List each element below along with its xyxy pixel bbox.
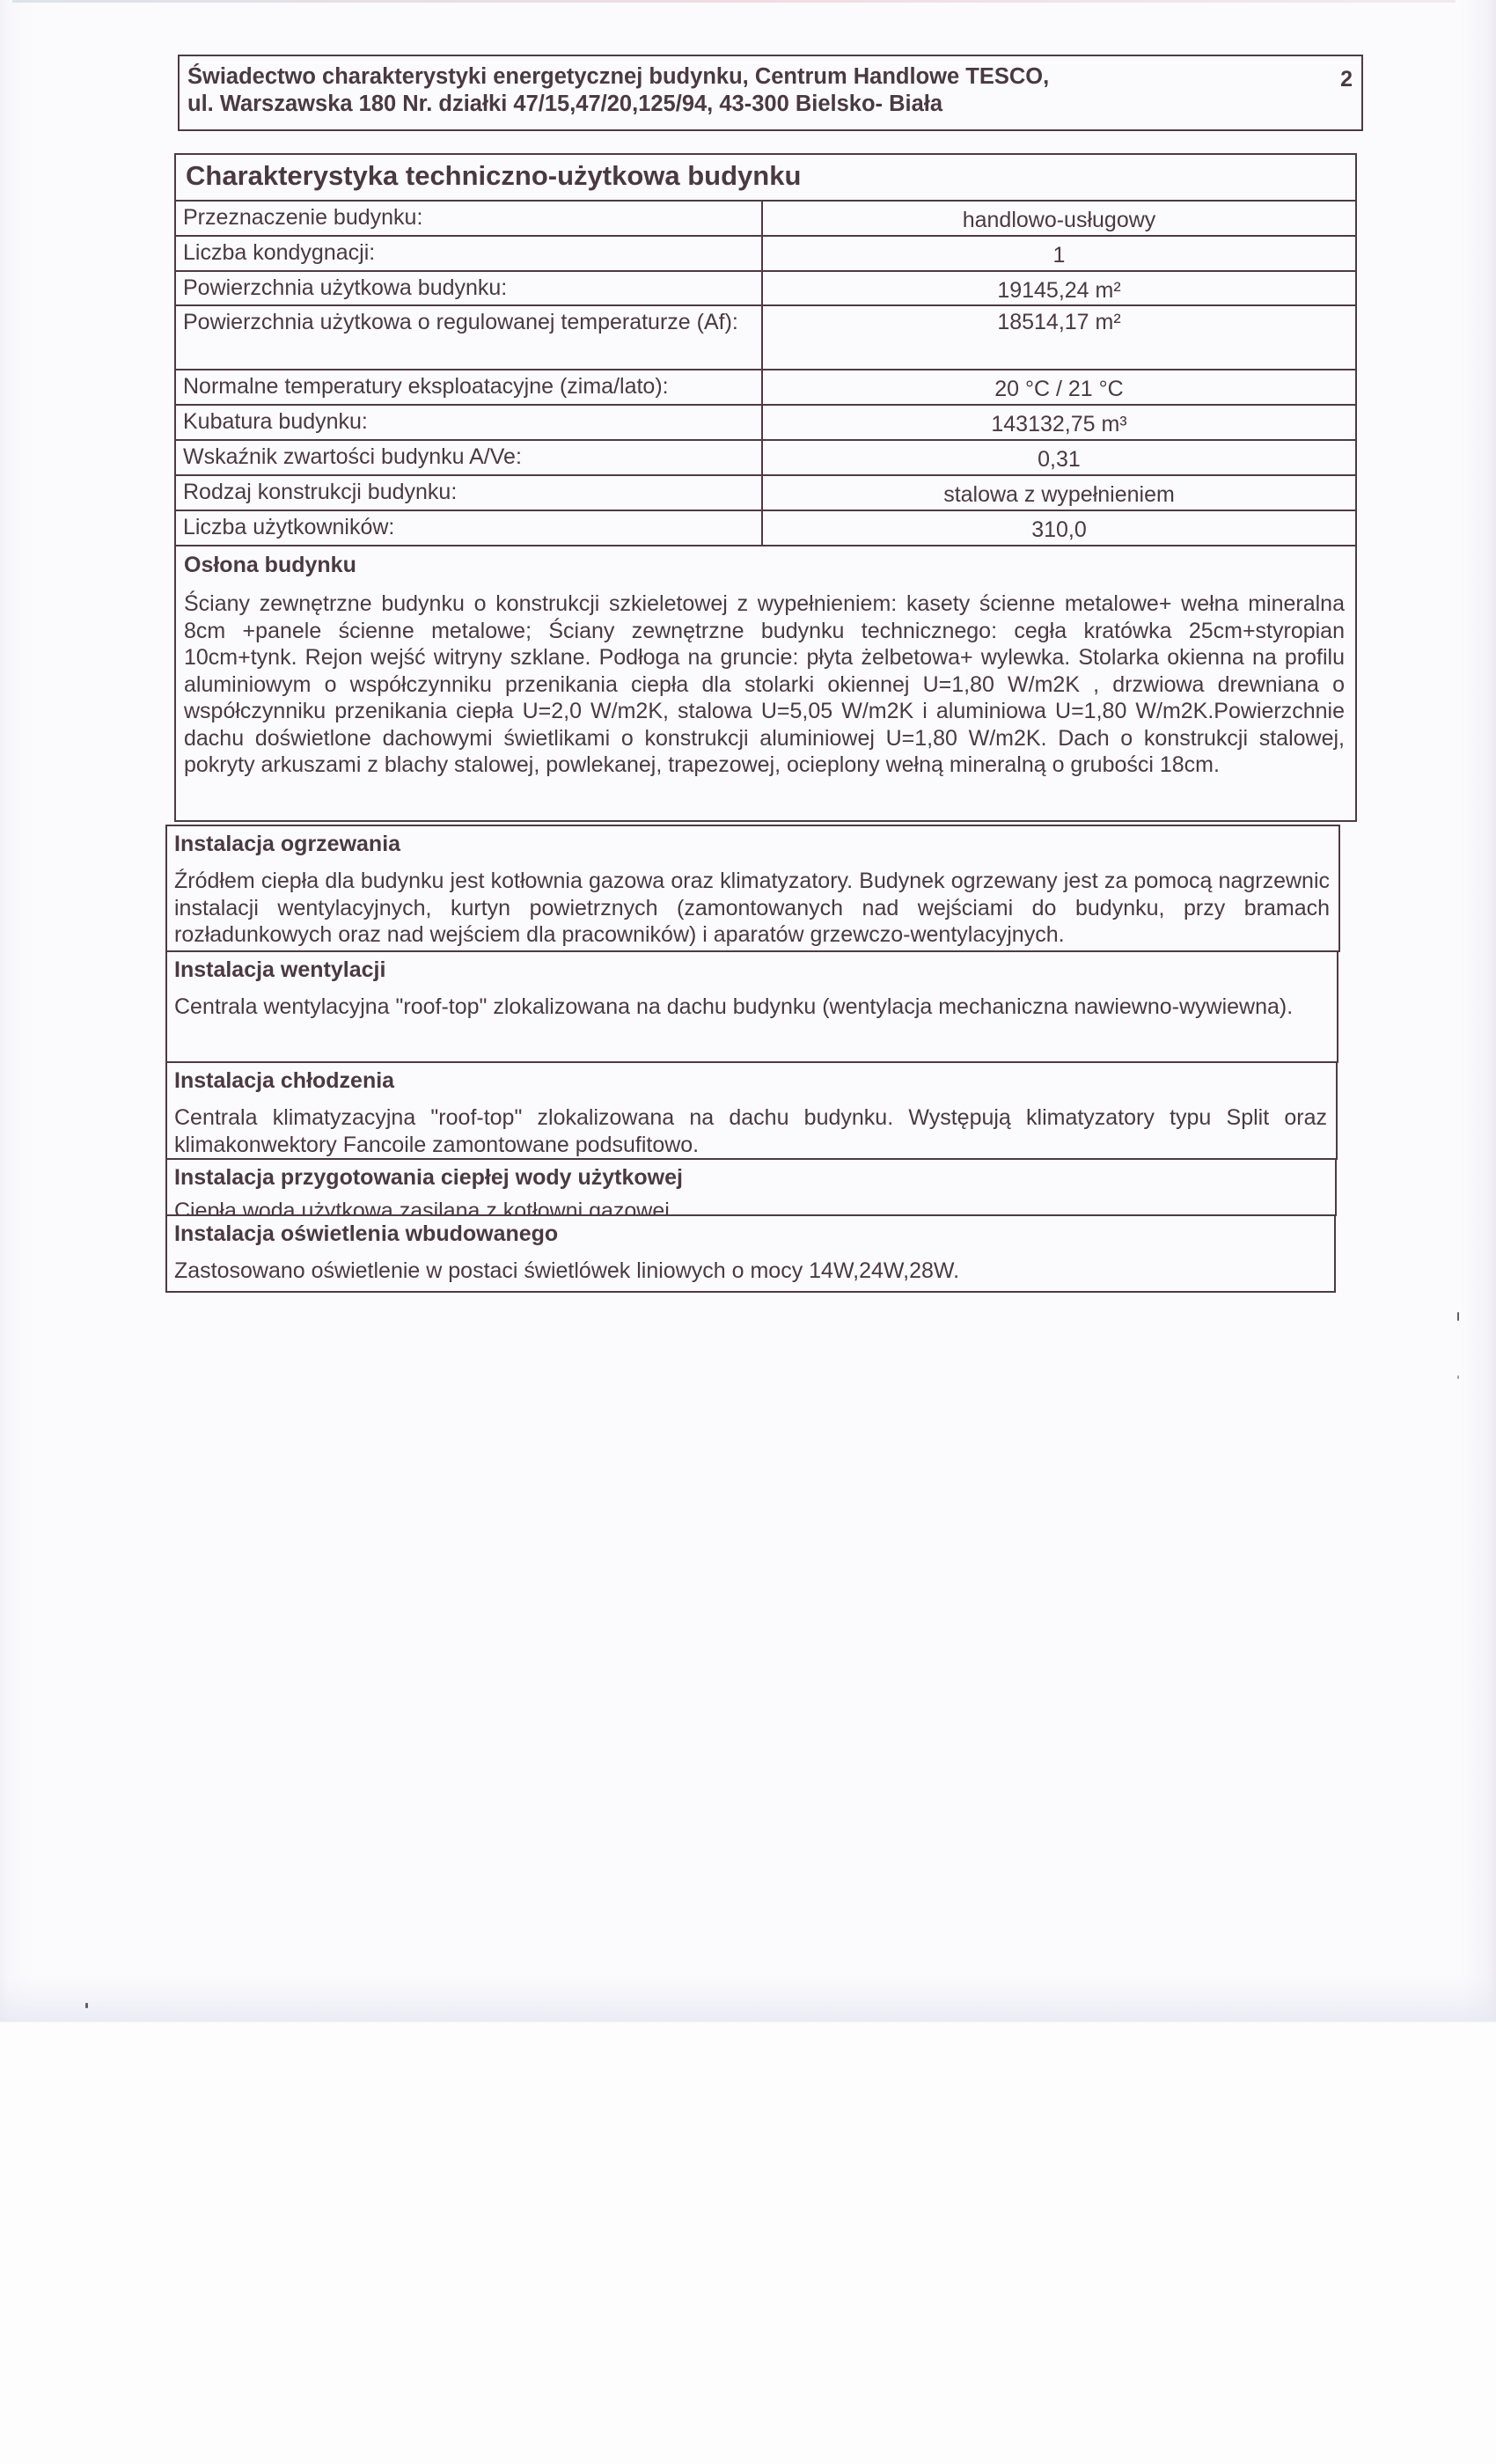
- table-row: Powierzchnia użytkowa budynku: 19145,24 …: [176, 272, 1355, 306]
- ventilation-title: Instalacja wentylacji: [174, 957, 1328, 983]
- heating-section: Instalacja ogrzewania Źródłem ciepła dla…: [165, 825, 1340, 952]
- row-value: 1: [763, 237, 1355, 270]
- row-value: 143132,75 m³: [763, 406, 1355, 439]
- envelope-section: Osłona budynku Ściany zewnętrzne budynku…: [176, 546, 1355, 779]
- table-row: Rodzaj konstrukcji budynku: stalowa z wy…: [176, 476, 1355, 511]
- row-label: Rodzaj konstrukcji budynku:: [176, 476, 763, 510]
- row-label: Liczba użytkowników:: [176, 511, 763, 545]
- scan-speck: [85, 2003, 88, 2008]
- scanned-page: Świadectwo charakterystyki energetycznej…: [0, 0, 1496, 2022]
- row-value: 20 °C / 21 °C: [763, 370, 1355, 404]
- row-value: 18514,17 m²: [763, 306, 1355, 369]
- cooling-title: Instalacja chłodzenia: [174, 1067, 1327, 1094]
- row-value: 0,31: [763, 441, 1355, 474]
- envelope-title: Osłona budynku: [184, 552, 1345, 578]
- lighting-text: Zastosowano oświetlenie w postaci świetl…: [174, 1258, 1325, 1285]
- characteristics-table: Charakterystyka techniczno-użytkowa budy…: [174, 153, 1357, 822]
- table-row: Liczba kondygnacji: 1: [176, 237, 1355, 272]
- cooling-section: Instalacja chłodzenia Centrala klimatyza…: [165, 1061, 1338, 1160]
- row-value: 310,0: [763, 511, 1355, 545]
- table-row: Przeznaczenie budynku: handlowo-usługowy: [176, 202, 1355, 237]
- hot-water-title: Instalacja przygotowania ciepłej wody uż…: [174, 1164, 1326, 1191]
- row-label: Wskaźnik zwartości budynku A/Ve:: [176, 441, 763, 474]
- hot-water-section: Instalacja przygotowania ciepłej wody uż…: [165, 1158, 1337, 1216]
- row-label: Liczba kondygnacji:: [176, 237, 763, 270]
- scan-bottom-shadow: [0, 1977, 1496, 2021]
- envelope-text: Ściany zewnętrzne budynku o konstrukcji …: [184, 590, 1345, 779]
- scan-speck: [1457, 1312, 1459, 1321]
- row-label: Kubatura budynku:: [176, 406, 763, 439]
- row-value: handlowo-usługowy: [763, 202, 1355, 235]
- row-label: Powierzchnia użytkowa budynku:: [176, 272, 763, 304]
- header-title-line-1: Świadectwo charakterystyki energetycznej…: [187, 63, 1351, 91]
- scan-speck: [1457, 1375, 1459, 1379]
- table-row: Wskaźnik zwartości budynku A/Ve: 0,31: [176, 441, 1355, 476]
- table-row: Liczba użytkowników: 310,0: [176, 511, 1355, 546]
- lighting-section: Instalacja oświetlenia wbudowanego Zasto…: [165, 1214, 1336, 1293]
- heating-text: Źródłem ciepła dla budynku jest kotłowni…: [174, 868, 1330, 949]
- characteristics-title: Charakterystyka techniczno-użytkowa budy…: [176, 155, 1355, 202]
- row-label: Przeznaczenie budynku:: [176, 202, 763, 235]
- row-value: stalowa z wypełnieniem: [763, 476, 1355, 510]
- table-row: Kubatura budynku: 143132,75 m³: [176, 406, 1355, 441]
- row-label: Normalne temperatury eksploatacyjne (zim…: [176, 370, 763, 404]
- table-row: Powierzchnia użytkowa o regulowanej temp…: [176, 306, 1355, 370]
- table-row: Normalne temperatury eksploatacyjne (zim…: [176, 370, 1355, 406]
- ventilation-text: Centrala wentylacyjna "roof-top" zlokali…: [174, 994, 1328, 1021]
- heating-title: Instalacja ogrzewania: [174, 831, 1330, 857]
- lighting-title: Instalacja oświetlenia wbudowanego: [174, 1221, 1325, 1247]
- page-number: 2: [1340, 67, 1353, 92]
- header-title-line-2: ul. Warszawska 180 Nr. działki 47/15,47/…: [187, 91, 1351, 118]
- document-header: Świadectwo charakterystyki energetycznej…: [178, 55, 1363, 131]
- ventilation-section: Instalacja wentylacji Centrala wentylacy…: [165, 950, 1338, 1063]
- row-label: Powierzchnia użytkowa o regulowanej temp…: [176, 306, 763, 369]
- scan-edge-tint: [12, 0, 1456, 3]
- row-value: 19145,24 m²: [763, 272, 1355, 304]
- cooling-text: Centrala klimatyzacyjna "roof-top" zloka…: [174, 1104, 1327, 1158]
